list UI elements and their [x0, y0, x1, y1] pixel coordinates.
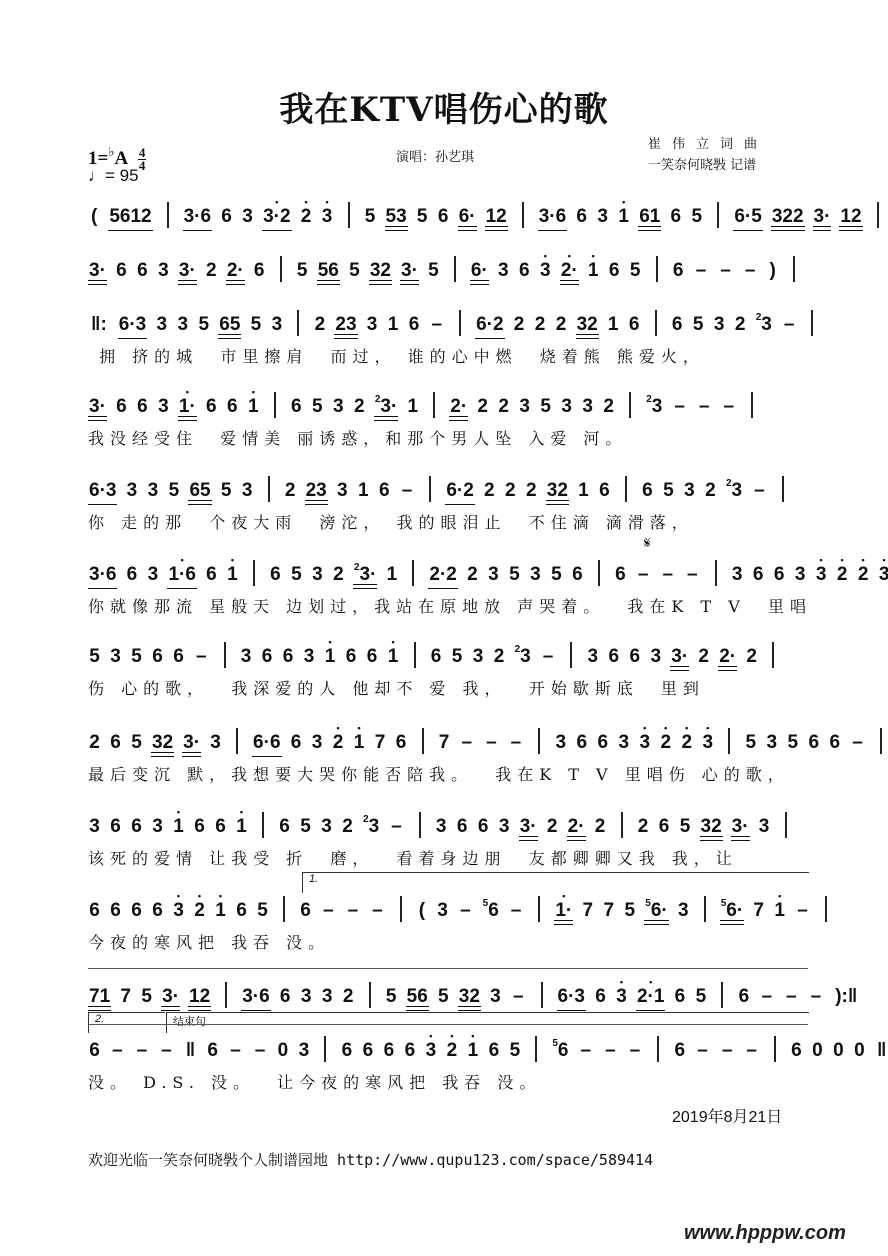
notation-row: 3·6631·661653223·12·22353566–––36633223 — [88, 554, 888, 586]
barline — [811, 310, 813, 336]
note: 6· — [470, 260, 489, 282]
note: 6 — [235, 900, 248, 922]
note: 2 — [205, 260, 218, 282]
dash-extension: – — [697, 1040, 708, 1062]
note: 3 — [321, 206, 334, 228]
notation-row: 3·6633·22·65565323·56·3632·1656–––) — [88, 250, 809, 282]
notation-row: ‖:6·33356553223316–6·22223216653223– — [88, 304, 827, 336]
dash-extension: – — [372, 900, 383, 922]
note: 2·2 — [428, 564, 457, 586]
note: 2 — [659, 732, 672, 754]
note: 7 — [602, 900, 615, 922]
barline — [454, 256, 456, 282]
note: 3 — [336, 480, 349, 502]
note: 32 — [576, 314, 599, 336]
quarter-note-icon: ♩ — [88, 166, 105, 185]
barline — [283, 896, 285, 922]
barline — [717, 202, 719, 228]
note: 3· — [519, 816, 538, 838]
note: 6 — [571, 564, 584, 586]
dash-extension: – — [745, 260, 756, 282]
grace-note: 2 — [515, 644, 521, 655]
note: 6 — [518, 260, 531, 282]
note: 2 — [497, 396, 510, 418]
barline — [167, 202, 169, 228]
note: 6 — [773, 564, 786, 586]
note: 56 — [482, 898, 500, 922]
barline — [280, 256, 282, 282]
repeat-barline: ‖ — [186, 1040, 195, 1062]
barline — [297, 310, 299, 336]
note: 2 — [697, 646, 710, 668]
notation-row: 53566–36631661653223–36633·22·2 — [88, 636, 788, 668]
note: 3 — [489, 986, 502, 1008]
note: 6 — [575, 206, 588, 228]
note: 2·1 — [636, 986, 665, 1008]
note: 3 — [617, 732, 630, 754]
lyric-line: 该死的爱情 让我受 折 磨， 看着身边朋 友都卿卿又我 我，让 — [88, 846, 738, 869]
note: 6 — [671, 314, 684, 336]
barline — [522, 202, 524, 228]
barline — [728, 728, 730, 754]
dash-extension: – — [696, 260, 707, 282]
note: 2 — [546, 816, 559, 838]
note: 53 — [385, 206, 408, 228]
grace-note: 5 — [645, 898, 651, 909]
barline — [598, 560, 600, 586]
grace-note: 2 — [363, 814, 369, 825]
note: 12 — [188, 986, 211, 1008]
barline — [880, 728, 882, 754]
note: 1 — [577, 480, 590, 502]
note: 3 — [815, 564, 828, 586]
barline — [324, 1036, 326, 1062]
note: 3·6 — [88, 564, 117, 586]
system-divider — [88, 1024, 808, 1025]
note: 2 — [504, 480, 517, 502]
note: 6 — [790, 1040, 803, 1062]
note: 12 — [485, 206, 508, 228]
note: 7 — [581, 900, 594, 922]
note: 3· — [178, 260, 197, 282]
note: 3 — [713, 314, 726, 336]
note: 6· — [458, 206, 477, 228]
ending-phrase-label: 结束句 — [166, 1012, 809, 1033]
note: 5 — [256, 900, 269, 922]
note: 6 — [226, 396, 239, 418]
note: 3 — [320, 816, 333, 838]
note: 6 — [596, 732, 609, 754]
note: 6 — [641, 480, 654, 502]
dash-extension: – — [402, 480, 413, 502]
note: 6 — [382, 1040, 395, 1062]
note: 6 — [614, 564, 627, 586]
dash-extension: – — [797, 900, 808, 922]
note: 2 — [525, 480, 538, 502]
note: 5 — [311, 396, 324, 418]
note: 2 — [300, 206, 313, 228]
note: 3· — [670, 646, 689, 668]
note: 3 — [240, 646, 253, 668]
barline — [419, 812, 421, 838]
note: 65 — [188, 480, 211, 502]
note: 1 — [607, 314, 620, 336]
note: 3· — [88, 260, 107, 282]
note: 3 — [241, 206, 254, 228]
note: 6 — [172, 646, 185, 668]
grace-note: 2 — [354, 562, 360, 573]
note: 3 — [677, 900, 690, 922]
barline — [459, 310, 461, 336]
note: 23 — [334, 314, 357, 336]
note: 5 — [348, 260, 361, 282]
note: 6 — [658, 816, 671, 838]
note: 2 — [680, 732, 693, 754]
note: 23 — [514, 644, 532, 668]
note: 2 — [483, 480, 496, 502]
note: 3· — [161, 986, 180, 1008]
note: 23· — [353, 562, 377, 586]
note: 3 — [311, 564, 324, 586]
note: 3· — [182, 732, 201, 754]
note: 5 — [290, 564, 303, 586]
note: 3 — [518, 396, 531, 418]
note: 56 — [406, 986, 429, 1008]
note: 2 — [513, 314, 526, 336]
note: 3 — [638, 732, 651, 754]
barline — [785, 812, 787, 838]
date: 2019年8月21日 — [672, 1104, 782, 1127]
dash-extension: – — [511, 732, 522, 754]
dash-extension: – — [786, 986, 797, 1008]
barline — [274, 392, 276, 418]
dash-extension: – — [161, 1040, 172, 1062]
dash-extension: – — [486, 732, 497, 754]
note: 1· — [554, 900, 573, 922]
volta-1: 1. — [302, 872, 809, 893]
dash-extension: – — [581, 1040, 592, 1062]
dash-extension: – — [687, 564, 698, 586]
note: 6 — [403, 1040, 416, 1062]
note: 5 — [744, 732, 757, 754]
note: 6 — [366, 646, 379, 668]
note: 3 — [157, 260, 170, 282]
note: 3 — [300, 986, 313, 1008]
note: 6 — [88, 900, 101, 922]
dash-extension: – — [432, 314, 443, 336]
dash-extension: – — [699, 396, 710, 418]
note: 5 — [694, 986, 707, 1008]
note: 1 — [324, 646, 337, 668]
grace-note: 5 — [552, 1038, 558, 1049]
note: 1 — [353, 732, 366, 754]
note: 6 — [279, 986, 292, 1008]
note: 6 — [278, 816, 291, 838]
note: 1 — [387, 314, 400, 336]
note: 2 — [534, 314, 547, 336]
barline — [268, 476, 270, 502]
dash-extension: – — [513, 986, 524, 1008]
repeat-barline: ):‖ — [835, 986, 857, 1008]
note: 5 — [416, 206, 429, 228]
note: 3 — [731, 564, 744, 586]
note: 2 — [445, 1040, 458, 1062]
note: 3 — [615, 986, 628, 1008]
note: 6·3 — [88, 480, 117, 502]
note: 6·5 — [733, 206, 762, 228]
barline — [825, 896, 827, 922]
note: 6 — [205, 396, 218, 418]
barline — [429, 476, 431, 502]
note: 3 — [649, 646, 662, 668]
note: 6 — [136, 396, 149, 418]
barline — [625, 476, 627, 502]
note: 2 — [88, 732, 101, 754]
note: 3· — [400, 260, 419, 282]
note: 2 — [342, 986, 355, 1008]
lyric-line: 没。 D.S. 没。 让今夜的寒风把 我吞 没。 — [88, 1070, 541, 1093]
note: 5 — [679, 816, 692, 838]
note: 1 — [587, 260, 600, 282]
note: 56 — [317, 260, 340, 282]
note: 0 — [276, 1040, 289, 1062]
lyric-line: 你 走的那 个夜大雨 滂沱， 我的眼泪止 不住滴 滴滑落， — [88, 510, 694, 533]
note: 2 — [466, 564, 479, 586]
note: 2 — [637, 816, 650, 838]
note: 3 — [366, 314, 379, 336]
barline — [774, 1036, 776, 1062]
notation-row: 6–––‖6––0366663216556–––6–––6000‖ — [88, 1030, 888, 1062]
note: 1 — [357, 480, 370, 502]
note: 3 — [297, 1040, 310, 1062]
note: 3 — [146, 480, 159, 502]
note: 7 — [752, 900, 765, 922]
note: 2 — [594, 816, 607, 838]
note: 6 — [669, 206, 682, 228]
note: 3 — [157, 396, 170, 418]
note: 3 — [701, 732, 714, 754]
note: 1·6 — [167, 564, 196, 586]
note: 2 — [704, 480, 717, 502]
note: 6 — [828, 732, 841, 754]
note: 3 — [487, 564, 500, 586]
note: 32 — [700, 816, 723, 838]
note: 6 — [290, 732, 303, 754]
note: 1· — [178, 396, 197, 418]
score-system: 6–––‖6––0366663216556–––6–––6000‖没。 D.S.… — [88, 1030, 808, 1110]
tempo-value: = 95 — [105, 166, 139, 185]
note: 23· — [374, 394, 398, 418]
note: 3·6 — [241, 986, 270, 1008]
note: 2· — [567, 816, 586, 838]
note: 6 — [628, 314, 641, 336]
note: 6·3 — [557, 986, 586, 1008]
notation-row: 3·6631·661653223·12·223533223––– — [88, 386, 767, 418]
note: 3 — [424, 1040, 437, 1062]
note: 6 — [115, 396, 128, 418]
notation-row: 6·33356553223316–6·22223216653223– — [88, 470, 798, 502]
dash-extension: – — [811, 986, 822, 1008]
note: 2 — [602, 396, 615, 418]
note: 3 — [560, 396, 573, 418]
note: 6 — [299, 900, 312, 922]
dash-extension: – — [137, 1040, 148, 1062]
dash-extension: – — [462, 732, 473, 754]
note: 5 — [690, 206, 703, 228]
note: 3 — [581, 396, 594, 418]
barline — [656, 256, 658, 282]
note: 6·6 — [252, 732, 281, 754]
lyricist-composer-credit: 崔伟立词曲 — [648, 134, 768, 155]
note: 6 — [151, 900, 164, 922]
dash-extension: – — [723, 396, 734, 418]
note: 5 — [296, 260, 309, 282]
dash-extension: – — [662, 564, 673, 586]
note: 0 — [853, 1040, 866, 1062]
note: 23 — [645, 394, 663, 418]
barline — [538, 728, 540, 754]
note: 6 — [220, 206, 233, 228]
note: 3 — [436, 900, 449, 922]
note: 56 — [551, 1038, 569, 1062]
note: 6 — [598, 480, 611, 502]
note: 6 — [136, 260, 149, 282]
note: 6 — [261, 646, 274, 668]
note: 6 — [88, 1040, 101, 1062]
note: 6 — [752, 564, 765, 586]
note: 2 — [734, 314, 747, 336]
dash-extension: – — [196, 646, 207, 668]
barline — [657, 1036, 659, 1062]
note: 7 — [438, 732, 451, 754]
note: 6 — [361, 1040, 374, 1062]
grace-note: 5 — [483, 898, 489, 909]
barline — [772, 642, 774, 668]
note: 56· — [644, 898, 668, 922]
note: 2 — [284, 480, 297, 502]
note: 1 — [385, 564, 398, 586]
note: 56· — [720, 898, 744, 922]
note: 6 — [575, 732, 588, 754]
grace-note: 2 — [756, 312, 762, 323]
volta-2: 2. — [88, 1012, 165, 1033]
barline — [262, 812, 264, 838]
note: 6·3 — [118, 314, 147, 336]
note: 5 — [385, 986, 398, 1008]
note: 6 — [206, 1040, 219, 1062]
note: 3·2 — [262, 206, 291, 228]
dash-extension: – — [391, 816, 402, 838]
dash-extension: – — [255, 1040, 266, 1062]
note: 3 — [529, 564, 542, 586]
watermark: www.hpppw.com — [684, 1222, 846, 1245]
paren: ( — [91, 206, 97, 228]
note: 3 — [498, 816, 511, 838]
note: 6 — [430, 646, 443, 668]
tempo-marking: ♩= 95 — [88, 166, 139, 186]
barline — [715, 560, 717, 586]
barline — [621, 812, 623, 838]
note: 2· — [718, 646, 737, 668]
note: 2 — [341, 816, 354, 838]
note: 6 — [408, 314, 421, 336]
segno-icon: 𝄋 — [644, 534, 650, 552]
note: 3·6 — [538, 206, 567, 228]
lyric-line: 你就像那流 星般天 边划过，我站在原地放 声哭着。 我在K T V 里唱 — [88, 594, 812, 617]
notation-row: 36631661653223–36633·22·2265323·3 — [88, 806, 801, 838]
dash-extension: – — [511, 900, 522, 922]
note: 5 — [508, 564, 521, 586]
note: 5 — [662, 480, 675, 502]
note: 6 — [594, 986, 607, 1008]
repeat-barline: ‖ — [877, 1040, 886, 1062]
dash-extension: – — [761, 986, 772, 1008]
note: 3 — [151, 816, 164, 838]
note: 2 — [857, 564, 870, 586]
lyric-line: 我没经受住 爱情美 丽诱惑，和那个男人坠 入爱 河。 — [88, 426, 627, 449]
dash-extension: – — [852, 732, 863, 754]
note: 6 — [456, 816, 469, 838]
note: 5 — [692, 314, 705, 336]
dash-extension: – — [638, 564, 649, 586]
barline — [538, 896, 540, 922]
note: 2 — [313, 314, 326, 336]
note: 1 — [617, 206, 630, 228]
note: 6 — [487, 1040, 500, 1062]
barline — [629, 392, 631, 418]
note: 23 — [755, 312, 773, 336]
dash-extension: – — [746, 1040, 757, 1062]
note: 71 — [88, 986, 111, 1008]
note: 6 — [607, 646, 620, 668]
note: 3 — [109, 646, 122, 668]
credits: 崔伟立词曲 一笑奈何晓斅 记谱 — [648, 134, 768, 176]
note: 5 — [130, 732, 143, 754]
note: 6 — [673, 986, 686, 1008]
dash-extension: – — [605, 1040, 616, 1062]
grace-note: 2 — [375, 394, 381, 405]
note: 3·6 — [183, 206, 212, 228]
barline — [782, 476, 784, 502]
note: 6 — [437, 206, 450, 228]
note: 3· — [731, 816, 750, 838]
note: 3 — [765, 732, 778, 754]
note: 6 — [151, 646, 164, 668]
note: 6 — [395, 732, 408, 754]
lyric-line: 今夜的寒风把 我吞 没。 — [88, 930, 330, 953]
note: 2· — [560, 260, 579, 282]
notation-row: 6666321656–––(3–56–1·77556·356·71– — [88, 890, 841, 922]
dash-extension: – — [230, 1040, 241, 1062]
note: 1 — [214, 900, 227, 922]
note: 3 — [209, 732, 222, 754]
notation-row: 71753·123·663325565323–6·3632·1656–––):‖ — [88, 976, 868, 1008]
note: 32 — [151, 732, 174, 754]
note: 6 — [214, 816, 227, 838]
note: 1 — [226, 564, 239, 586]
note: 6 — [253, 260, 266, 282]
score-system: 53566–36631661653223–36633·22·2伤 心的歌， 我深… — [88, 636, 808, 716]
note: 7 — [119, 986, 132, 1008]
dash-extension: – — [323, 900, 334, 922]
note: 3 — [794, 564, 807, 586]
time-signature-bottom: 4 — [138, 160, 147, 172]
note: 2 — [493, 646, 506, 668]
note: 1 — [172, 816, 185, 838]
note: 3 — [332, 396, 345, 418]
barline — [400, 896, 402, 922]
barline — [253, 560, 255, 586]
